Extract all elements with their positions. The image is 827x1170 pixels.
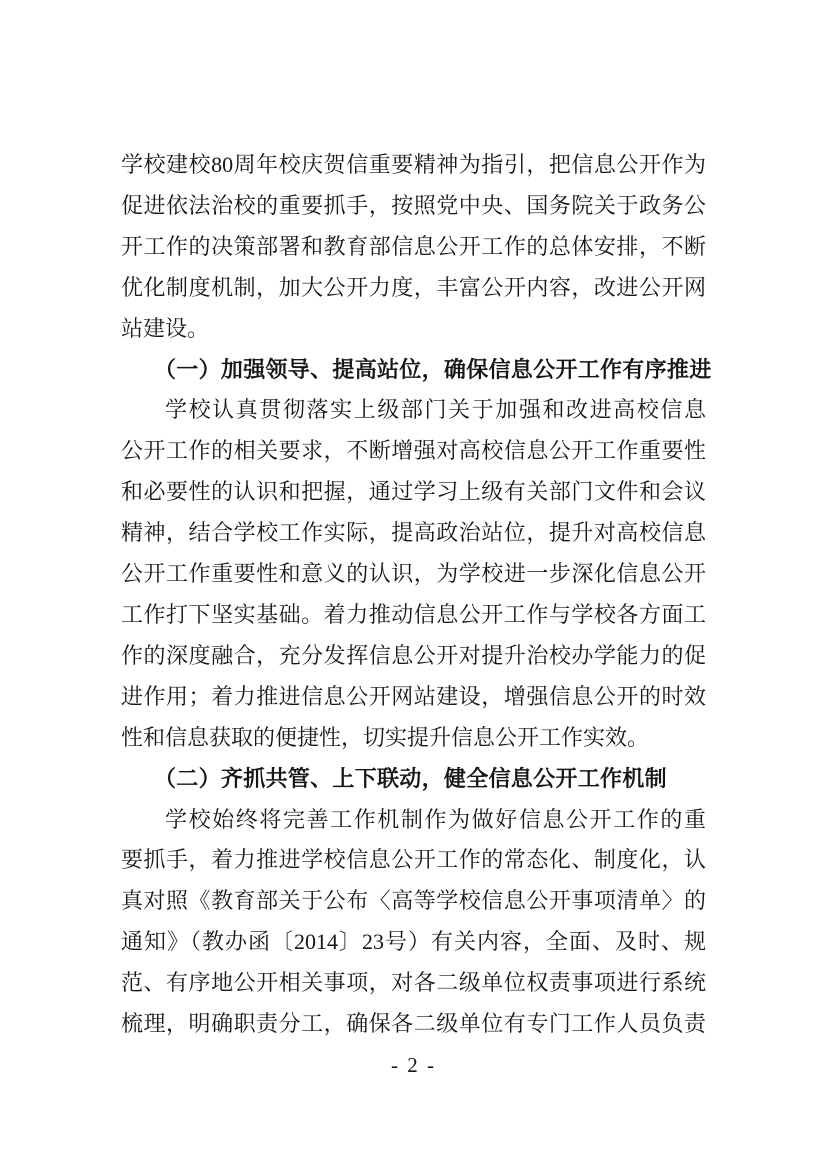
section-heading-1: （一）加强领导、提高站位，确保信息公开工作有序推进	[121, 350, 706, 391]
document-page: 学校建校80周年校庆贺信重要精神为指引，把信息公开作为促进依法治校的重要抓手，按…	[0, 0, 827, 1170]
paragraph-section-2: 学校始终将完善工作机制作为做好信息公开工作的重要抓手，着力推进学校信息公开工作的…	[121, 800, 706, 1045]
paragraph-continued: 学校建校80周年校庆贺信重要精神为指引，把信息公开作为促进依法治校的重要抓手，按…	[121, 145, 706, 350]
section-heading-2: （二）齐抓共管、上下联动，健全信息公开工作机制	[121, 759, 706, 800]
page-number: - 2 -	[0, 1053, 827, 1078]
document-body: 学校建校80周年校庆贺信重要精神为指引，把信息公开作为促进依法治校的重要抓手，按…	[121, 145, 706, 1045]
paragraph-section-1: 学校认真贯彻落实上级部门关于加强和改进高校信息公开工作的相关要求，不断增强对高校…	[121, 390, 706, 758]
